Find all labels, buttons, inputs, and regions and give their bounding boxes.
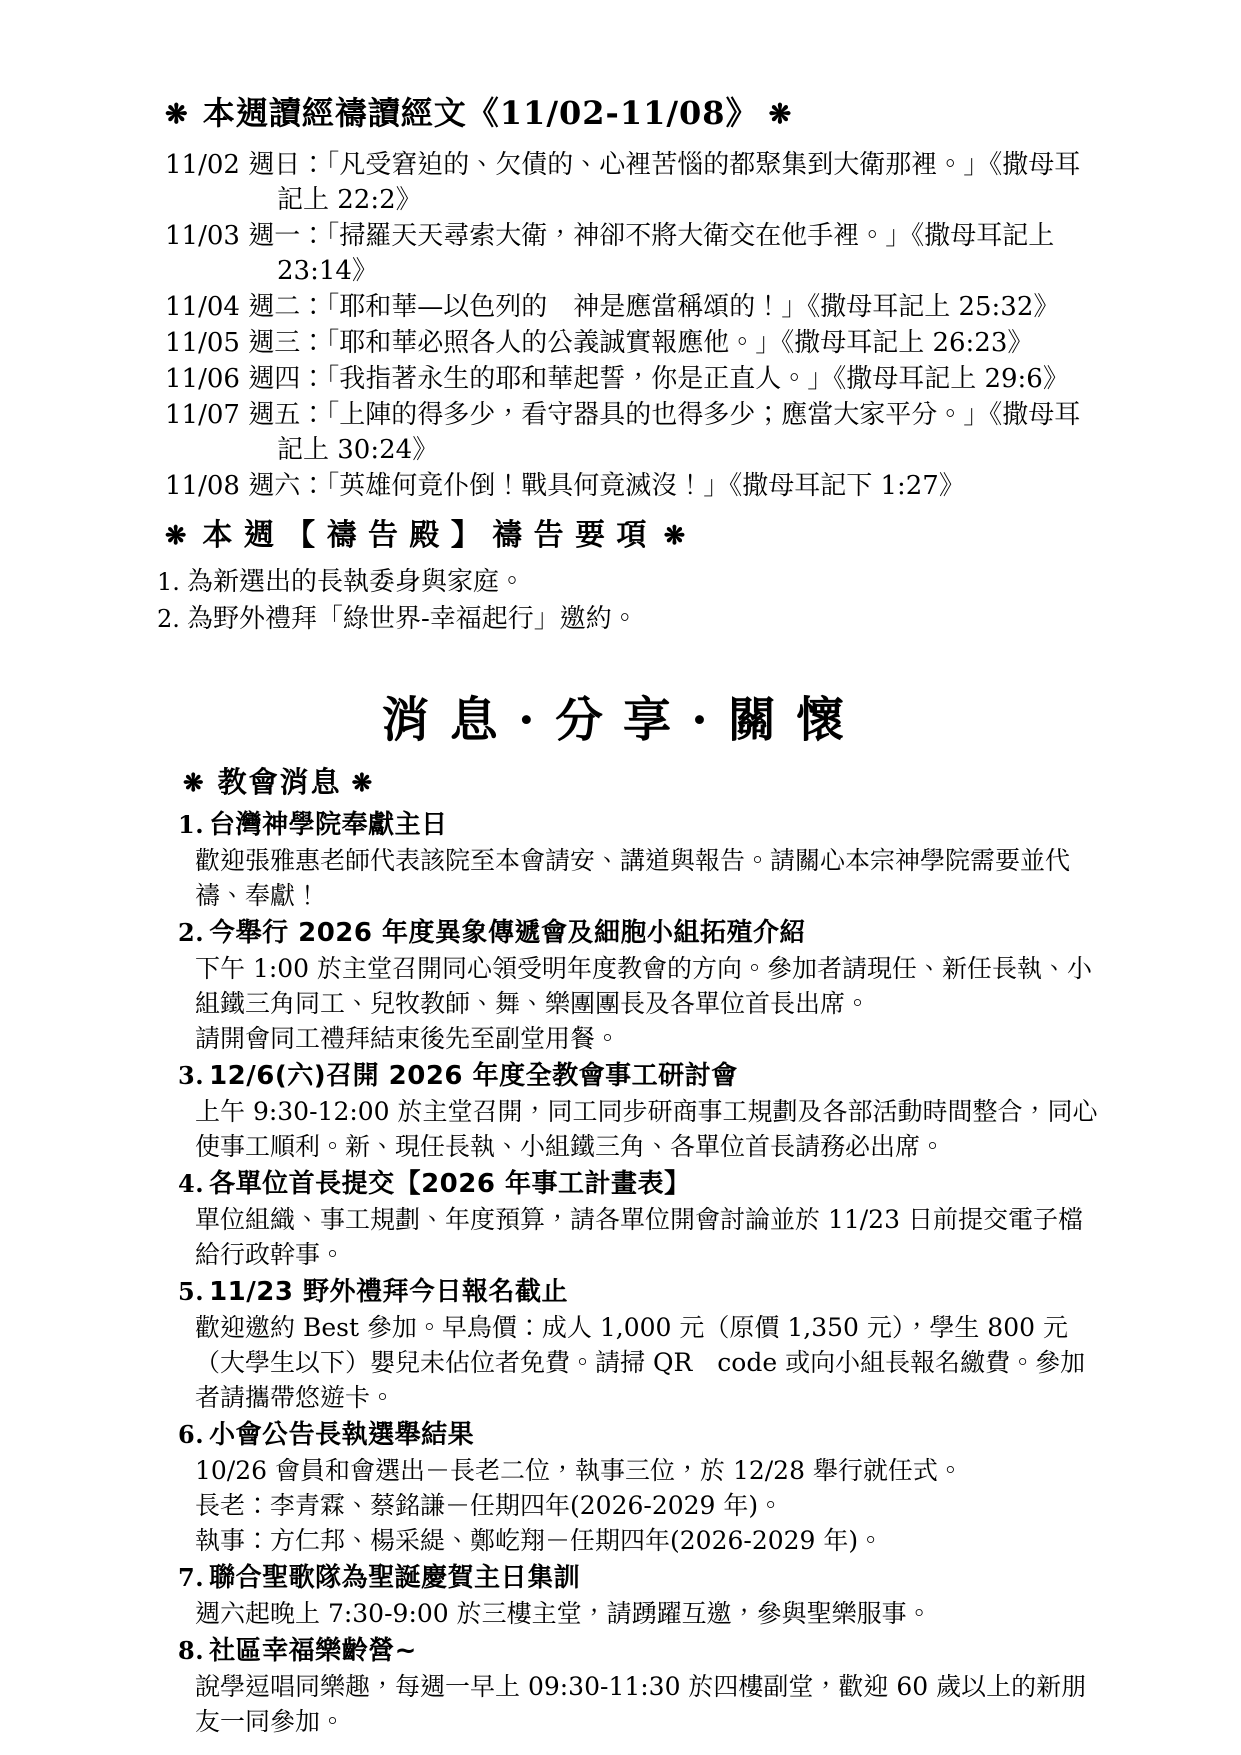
prayer-item: 2.為野外禮拜「綠世界-幸福起行」邀約。 (157, 601, 1101, 637)
news-body-paragraph: 週六起晚上 7:30-9:00 於三樓主堂，請踴躍互邀，參與聖樂服事。 (195, 1596, 1101, 1631)
news-item-body: 上午 9:30-12:00 於主堂召開，同工同步研商事工規劃及各部活動時間整合，… (195, 1094, 1101, 1164)
prayer-section-title: 本週【禱告殿】禱告要項 (202, 518, 657, 553)
reading-section-heading: ❋本週讀經禱讀經文《11/02-11/08》❋ (165, 88, 1101, 134)
prayer-section-heading: ❋本週【禱告殿】禱告要項❋ (165, 510, 1101, 554)
page-title: 消息·分享·關懷 (145, 681, 1101, 750)
scripture-entry: 11/06 週四：「我指著永生的耶和華起誓，你是正直人。」《撒母耳記上 29:6… (165, 362, 1101, 397)
news-section-title: 教會消息 (218, 765, 342, 799)
news-item-title-text: 各單位首長提交【2026 年事工計畫表】 (209, 1169, 690, 1199)
scripture-list: 11/02 週日：「凡受窘迫的、欠債的、心裡苦惱的都聚集到大衛那裡。」《撒母耳記… (165, 148, 1101, 504)
flower-icon: ❋ (165, 98, 189, 130)
news-item: 8.社區幸福樂齡營~ 說學逗唱同樂趣，每週一早上 09:30-11:30 於四樓… (178, 1633, 1101, 1739)
news-body-paragraph: 下午 1:00 於主堂召開同心領受明年度教會的方向。參加者請現任、新任長執、小組… (195, 951, 1101, 1021)
scripture-entry: 11/03 週一：「掃羅天天尋索大衛，神卻不將大衛交在他手裡。」《撒母耳記上 2… (165, 219, 1101, 289)
news-item: 1.台灣神學院奉獻主日 歡迎張雅惠老師代表該院至本會請安、講道與報告。請關心本宗… (178, 807, 1101, 913)
news-item-number: 5. (178, 1277, 204, 1306)
news-list: 1.台灣神學院奉獻主日 歡迎張雅惠老師代表該院至本會請安、講道與報告。請關心本宗… (165, 807, 1101, 1739)
scripture-entry: 11/08 週六：「英雄何竟仆倒！戰具何竟滅沒！」《撒母耳記下 1:27》 (165, 469, 1101, 504)
news-item-body: 歡迎邀約 Best 參加。早鳥價：成人 1,000 元（原價 1,350 元），… (195, 1310, 1101, 1415)
news-item-body: 10/26 會員和會選出－長老二位，執事三位，於 12/28 舉行就任式。 長老… (195, 1453, 1101, 1558)
news-body-paragraph: 執事：方仁邦、楊采緹、鄭屹翔－任期四年(2026-2029 年)。 (195, 1523, 1101, 1558)
news-body-paragraph: 單位組織、事工規劃、年度預算，請各單位開會討論並於 11/23 日前提交電子檔給… (195, 1202, 1101, 1272)
news-item-title: 4.各單位首長提交【2026 年事工計畫表】 (178, 1166, 1101, 1202)
news-item-title: 2.今舉行 2026 年度異象傳遞會及細胞小組拓殖介紹 (178, 915, 1101, 951)
news-body-paragraph: 說學逗唱同樂趣，每週一早上 09:30-11:30 於四樓副堂，歡迎 60 歲以… (195, 1669, 1101, 1739)
news-item-title-text: 聯合聖歌隊為聖誕慶賀主日集訓 (209, 1563, 580, 1593)
news-item-body: 歡迎張雅惠老師代表該院至本會請安、講道與報告。請關心本宗神學院需要並代禱、奉獻！ (195, 843, 1101, 913)
news-item-title: 7.聯合聖歌隊為聖誕慶賀主日集訓 (178, 1560, 1101, 1596)
news-body-paragraph: 歡迎張雅惠老師代表該院至本會請安、講道與報告。請關心本宗神學院需要並代禱、奉獻！ (195, 843, 1101, 913)
news-item-title: 8.社區幸福樂齡營~ (178, 1633, 1101, 1669)
news-item-number: 1. (178, 810, 204, 839)
scripture-entry: 11/05 週三：「耶和華必照各人的公義誠實報應他。」《撒母耳記上 26:23》 (165, 326, 1101, 361)
scripture-entry: 11/02 週日：「凡受窘迫的、欠債的、心裡苦惱的都聚集到大衛那裡。」《撒母耳記… (165, 148, 1101, 218)
news-item-body: 週六起晚上 7:30-9:00 於三樓主堂，請踴躍互邀，參與聖樂服事。 (195, 1596, 1101, 1631)
news-item-title-text: 11/23 野外禮拜今日報名截止 (209, 1277, 568, 1307)
flower-icon: ❋ (769, 98, 793, 130)
news-body-paragraph: 長老：李青霖、蔡銘謙－任期四年(2026-2029 年)。 (195, 1488, 1101, 1523)
news-item-title-text: 小會公告長執選舉結果 (209, 1420, 474, 1450)
reading-section-title: 本週讀經禱讀經文《11/02-11/08》 (203, 94, 759, 132)
news-item-title-text: 今舉行 2026 年度異象傳遞會及細胞小組拓殖介紹 (209, 918, 806, 948)
news-item: 3.12/6(六)召開 2026 年度全教會事工研討會 上午 9:30-12:0… (178, 1058, 1101, 1164)
news-item-number: 2. (178, 918, 204, 947)
news-body-paragraph: 請開會同工禮拜結束後先至副堂用餐。 (195, 1021, 1101, 1056)
news-body-paragraph: 10/26 會員和會選出－長老二位，執事三位，於 12/28 舉行就任式。 (195, 1453, 1101, 1488)
news-item: 5.11/23 野外禮拜今日報名截止 歡迎邀約 Best 參加。早鳥價：成人 1… (178, 1274, 1101, 1415)
flower-icon: ❋ (183, 768, 206, 797)
news-item: 7.聯合聖歌隊為聖誕慶賀主日集訓 週六起晚上 7:30-9:00 於三樓主堂，請… (178, 1560, 1101, 1631)
flower-icon: ❋ (165, 521, 186, 551)
news-item-number: 8. (178, 1636, 204, 1665)
prayer-item-number: 2. (157, 601, 187, 637)
news-item-body: 說學逗唱同樂趣，每週一早上 09:30-11:30 於四樓副堂，歡迎 60 歲以… (195, 1669, 1101, 1739)
news-section-heading: ❋教會消息❋ (183, 760, 1101, 801)
news-item-number: 7. (178, 1563, 204, 1592)
news-item: 2.今舉行 2026 年度異象傳遞會及細胞小組拓殖介紹 下午 1:00 於主堂召… (178, 915, 1101, 1056)
news-item-title-text: 社區幸福樂齡營~ (209, 1636, 417, 1666)
bulletin-page: ❋本週讀經禱讀經文《11/02-11/08》❋ 11/02 週日：「凡受窘迫的、… (0, 0, 1241, 1755)
news-body-paragraph: 上午 9:30-12:00 於主堂召開，同工同步研商事工規劃及各部活動時間整合，… (195, 1094, 1101, 1164)
prayer-item-number: 1. (157, 564, 187, 600)
flower-icon: ❋ (664, 521, 685, 551)
scripture-entry: 11/07 週五：「上陣的得多少，看守器具的也得多少；應當大家平分。」《撒母耳記… (165, 398, 1101, 468)
news-item: 6.小會公告長執選舉結果 10/26 會員和會選出－長老二位，執事三位，於 12… (178, 1417, 1101, 1558)
news-item-title-text: 12/6(六)召開 2026 年度全教會事工研討會 (209, 1061, 738, 1091)
flower-icon: ❋ (352, 768, 375, 797)
prayer-item-text: 為野外禮拜「綠世界-幸福起行」邀約。 (187, 604, 638, 634)
news-body-paragraph: 歡迎邀約 Best 參加。早鳥價：成人 1,000 元（原價 1,350 元），… (195, 1310, 1101, 1415)
news-item-title: 6.小會公告長執選舉結果 (178, 1417, 1101, 1453)
news-item-number: 6. (178, 1420, 204, 1449)
news-item-title: 1.台灣神學院奉獻主日 (178, 807, 1101, 843)
news-item-number: 3. (178, 1061, 204, 1090)
news-item-body: 單位組織、事工規劃、年度預算，請各單位開會討論並於 11/23 日前提交電子檔給… (195, 1202, 1101, 1272)
prayer-list: 1.為新選出的長執委身與家庭。 2.為野外禮拜「綠世界-幸福起行」邀約。 (165, 564, 1101, 637)
news-item: 4.各單位首長提交【2026 年事工計畫表】 單位組織、事工規劃、年度預算，請各… (178, 1166, 1101, 1272)
news-item-title-text: 台灣神學院奉獻主日 (209, 810, 448, 840)
news-item-title: 3.12/6(六)召開 2026 年度全教會事工研討會 (178, 1058, 1101, 1094)
news-item-body: 下午 1:00 於主堂召開同心領受明年度教會的方向。參加者請現任、新任長執、小組… (195, 951, 1101, 1056)
scripture-entry: 11/04 週二：「耶和華—以色列的 神是應當稱頌的！」《撒母耳記上 25:32… (165, 290, 1101, 325)
news-item-number: 4. (178, 1169, 204, 1198)
prayer-item: 1.為新選出的長執委身與家庭。 (157, 564, 1101, 600)
prayer-item-text: 為新選出的長執委身與家庭。 (187, 567, 525, 597)
news-item-title: 5.11/23 野外禮拜今日報名截止 (178, 1274, 1101, 1310)
